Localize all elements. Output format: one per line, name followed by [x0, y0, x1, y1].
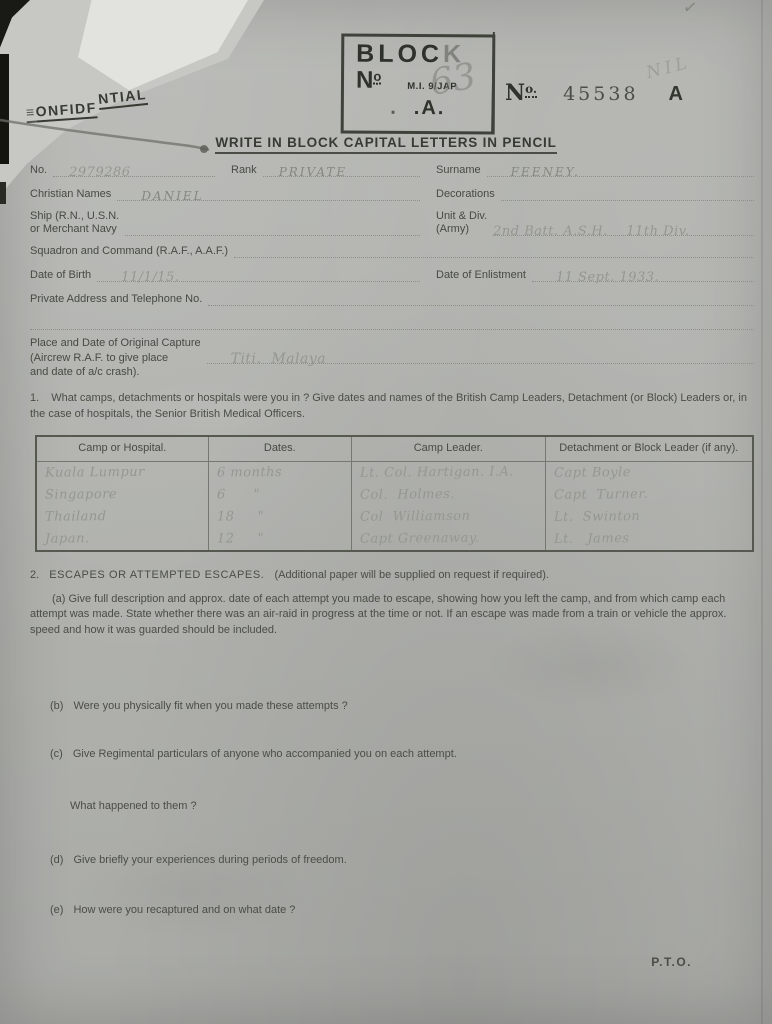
surname-label: Surname: [420, 164, 481, 177]
camp-dates: 6 ": [217, 487, 344, 503]
serial-number-value: 45538: [563, 83, 638, 105]
row-christian-decorations: Christian Names DANIEL Decorations: [30, 186, 754, 201]
capture-value: Titi. Malaya: [207, 351, 327, 367]
enlistment-value: 11 Sept. 1933.: [532, 270, 659, 285]
col-dates: Dates.: [208, 436, 351, 461]
unit-div-value: 2nd Batt. A.S.H. 11th Div.: [493, 224, 690, 239]
rank-label: Rank: [215, 164, 257, 177]
camp-name: Thailand: [45, 509, 200, 525]
squadron-field: [234, 243, 754, 258]
camp-name: Kuala Lumpur: [45, 465, 200, 481]
ship-label: Ship (R.N., U.S.N. or Merchant Navy: [30, 210, 119, 236]
pto-footer: P.T.O.: [651, 955, 692, 969]
section-2-heading: 2.ESCAPES OR ATTEMPTED ESCAPES.(Addition…: [30, 569, 754, 581]
decorations-label: Decorations: [420, 188, 495, 201]
row-ship-unit: Ship (R.N., U.S.N. or Merchant Navy Unit…: [30, 210, 754, 236]
camp-dates: 18 ": [217, 509, 344, 525]
camps-table: Camp or Hospital. Dates. Camp Leader. De…: [35, 435, 754, 552]
question-2e: (e)How were you recaptured and on what d…: [30, 903, 754, 918]
surname-value: FEENEY.: [487, 165, 580, 179]
decorations-field: [501, 186, 754, 201]
row-capture: Place and Date of Original Capture (Airc…: [30, 336, 754, 379]
stamp-artifact: ≡: [25, 104, 36, 124]
ship-field: [125, 221, 420, 236]
block-number-stamp: BLOCK N o M.I. 9/JAP ..A. 63: [341, 33, 496, 134]
block-stamp-a-line: ..A.: [344, 96, 492, 120]
form-instruction-heading: WRITE IN BLOCK CAPITAL LETTERS IN PENCIL: [0, 134, 772, 154]
table-row: Kuala Lumpur 6 months Lt. Col. Hartigan.…: [36, 461, 753, 484]
camps-table-header-row: Camp or Hospital. Dates. Camp Leader. De…: [36, 436, 753, 461]
row-dob-enlistment: Date of Birth 11/1/15. Date of Enlistmen…: [30, 267, 754, 282]
unit-div-field: 2nd Batt. A.S.H. 11th Div.: [493, 221, 754, 236]
enlistment-label: Date of Enlistment: [420, 269, 526, 282]
serial-suffix: A: [669, 83, 683, 106]
detachment-leader: Capt Turner.: [553, 486, 744, 503]
camp-name: Japan.: [45, 531, 200, 547]
row-address-line2: [30, 315, 754, 330]
detachment-leader: Lt. James: [553, 530, 744, 547]
table-row: Thailand 18 " Col Williamson Lt. Swinton: [36, 506, 753, 528]
question-2a: (a) Give full description and approx. da…: [30, 592, 754, 639]
camp-leader: Col Williamson: [360, 509, 537, 526]
question-2b: (b)Were you physically fit when you made…: [30, 699, 754, 714]
section-2-note: (Additional paper will be supplied on re…: [274, 569, 549, 581]
camp-leader: Col. Holmes.: [360, 487, 537, 504]
row-address: Private Address and Telephone No.: [30, 291, 754, 306]
camp-dates: 12 ": [217, 531, 344, 547]
col-camp-or-hospital: Camp or Hospital.: [36, 436, 208, 461]
scanned-pow-questionnaire-page: ≡ONFIDFNTIAL BLOCK N o M.I. 9/JAP ..A. 6…: [0, 0, 772, 1024]
no-value: 2979286: [53, 165, 130, 180]
question-1: 1.What camps, detachments or hospitals w…: [30, 391, 754, 422]
camp-leader: Lt. Col. Hartigan. I.A.: [360, 465, 537, 482]
dob-field: 11/1/15.: [97, 267, 420, 282]
question-2c: (c)Give Regimental particulars of anyone…: [30, 747, 754, 762]
dob-value: 11/1/15.: [97, 270, 179, 285]
table-row: Japan. 12 " Capt Greenaway. Lt. James: [36, 528, 753, 551]
unit-div-label: Unit & Div. (Army): [420, 210, 487, 236]
address-field: [208, 291, 754, 306]
detachment-leader: Lt. Swinton: [553, 508, 744, 525]
enlistment-field: 11 Sept. 1933.: [532, 267, 754, 282]
address-field-line2: [30, 315, 754, 330]
table-row: Singapore 6 " Col. Holmes. Capt Turner.: [36, 484, 753, 506]
checkmark-pencil: ✓: [682, 0, 699, 19]
capture-label: Place and Date of Original Capture (Airc…: [30, 336, 201, 379]
col-camp-leader: Camp Leader.: [351, 436, 545, 461]
question-1-text: What camps, detachments or hospitals wer…: [30, 392, 747, 419]
dob-label: Date of Birth: [30, 269, 91, 282]
camp-name: Singapore: [45, 487, 200, 503]
detachment-leader: Capt Boyle: [553, 464, 744, 481]
handwritten-block-number: 63: [427, 56, 479, 104]
address-label: Private Address and Telephone No.: [30, 293, 202, 306]
camp-leader: Capt Greenaway.: [360, 531, 537, 548]
row-no-rank-surname: No. 2979286 Rank PRIVATE Surname FEENEY.: [30, 162, 754, 177]
no-label: No.: [30, 164, 47, 177]
rank-field: PRIVATE: [263, 162, 420, 177]
section-2: 2.ESCAPES OR ATTEMPTED ESCAPES.(Addition…: [30, 569, 754, 919]
rank-value: PRIVATE: [263, 165, 347, 179]
nil-pencil-note: NIL: [644, 53, 692, 83]
camp-dates: 6 months: [217, 465, 344, 481]
capture-field: Titi. Malaya: [207, 349, 754, 364]
form-body: No. 2979286 Rank PRIVATE Surname FEENEY.…: [30, 162, 754, 919]
question-2c-followup: What happened to them ?: [30, 799, 754, 814]
christian-names-label: Christian Names: [30, 188, 111, 201]
col-detachment-leader: Detachment or Block Leader (if any).: [545, 436, 753, 461]
squadron-label: Squadron and Command (R.A.F., A.A.F.): [30, 245, 228, 258]
scan-dark-mark: [0, 182, 6, 204]
surname-field: FEENEY.: [487, 162, 754, 177]
serial-number: No. 45538 A: [505, 80, 683, 106]
row-squadron: Squadron and Command (R.A.F., A.A.F.): [30, 243, 754, 258]
question-2d: (d)Give briefly your experiences during …: [30, 853, 754, 868]
christian-names-field: DANIEL: [117, 186, 420, 201]
christian-names-value: DANIEL: [117, 189, 203, 203]
no-field: 2979286: [53, 162, 215, 177]
question-1-number: 1.: [30, 392, 39, 404]
